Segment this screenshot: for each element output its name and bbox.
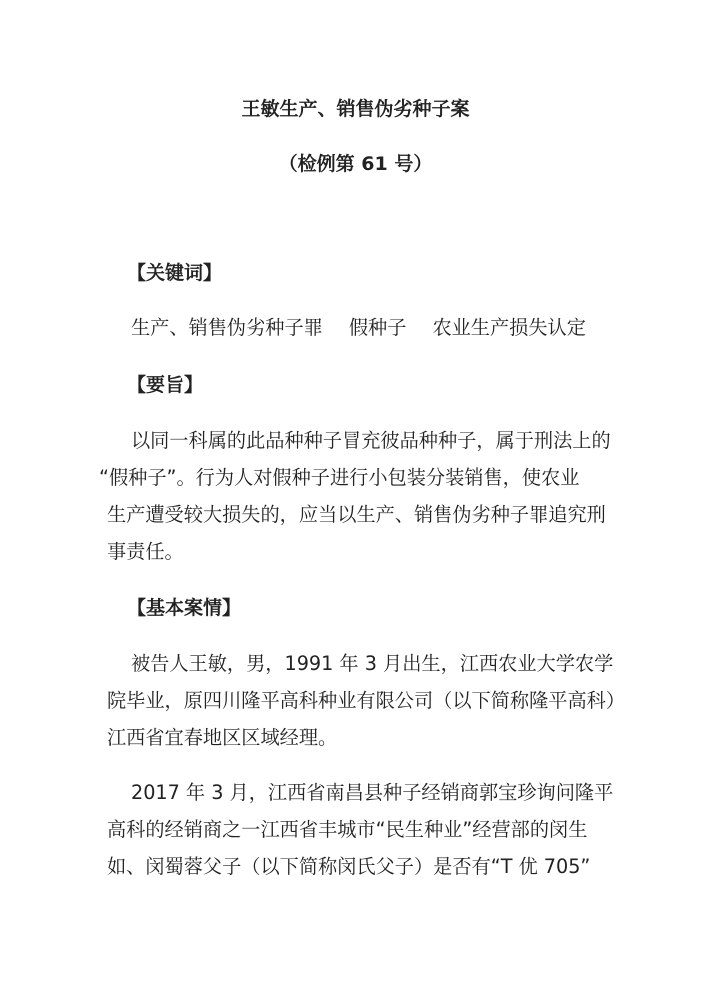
text-line: 2017 年 3 月，江西省南昌县种子经销商郭宝珍询问隆平 — [107, 774, 604, 811]
gist-paragraph: 以同一科属的此品种种子冒充彼品种种子，属于刑法上的 “假种子”。行为人对假种子进… — [107, 422, 604, 570]
facts-paragraph-1: 被告人王敏，男，1991 年 3 月出生，江西农业大学农学 院毕业，原四川隆平高… — [107, 645, 604, 756]
text-line: 江西省宜春地区区域经理。 — [107, 719, 604, 756]
text-line: 生产遭受较大损失的，应当以生产、销售伪劣种子罪追究刑 — [107, 496, 604, 533]
keyword-item: 生产、销售伪劣种子罪 — [131, 313, 323, 343]
keyword-item: 农业生产损失认定 — [432, 313, 586, 343]
text-line: 以同一科属的此品种种子冒充彼品种种子，属于刑法上的 — [107, 422, 604, 459]
gist-heading: 【要旨】 — [127, 370, 203, 397]
facts-paragraph-2: 2017 年 3 月，江西省南昌县种子经销商郭宝珍询问隆平 高科的经销商之一江西… — [107, 774, 604, 885]
text-line: 事责任。 — [107, 533, 604, 570]
keywords-list: 生产、销售伪劣种子罪假种子农业生产损失认定 — [131, 313, 586, 343]
text-line: 如、闵蜀蓉父子（以下简称闵氏父子）是否有“T 优 705” — [107, 848, 604, 885]
document-subtitle: （检例第 61 号） — [107, 149, 604, 176]
document-title: 王敏生产、销售伪劣种子案 — [107, 94, 604, 121]
facts-heading: 【基本案情】 — [127, 593, 241, 620]
keywords-heading: 【关键词】 — [127, 258, 222, 285]
text-line: 高科的经销商之一江西省丰城市“民生种业”经营部的闵生 — [107, 811, 604, 848]
text-line: 院毕业，原四川隆平高科种业有限公司（以下简称隆平高科） — [107, 682, 604, 719]
text-line: 被告人王敏，男，1991 年 3 月出生，江西农业大学农学 — [107, 645, 604, 682]
text-line: “假种子”。行为人对假种子进行小包装分装销售，使农业 — [99, 459, 604, 496]
keyword-item: 假种子 — [349, 313, 407, 343]
